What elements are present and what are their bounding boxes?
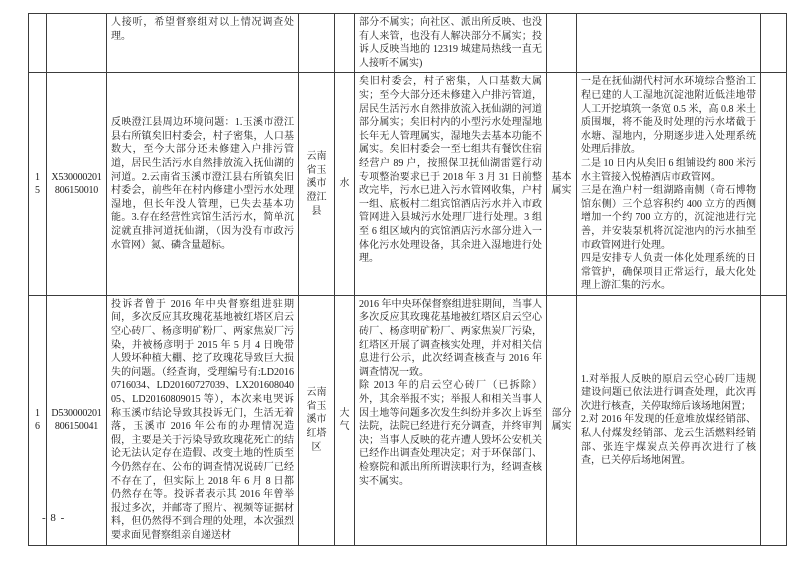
investigation-cell: 部分不属实；向社区、派出所反映、也没有人来管，也没有人解决部分不属实；投诉人反映… (355, 14, 547, 73)
blank-cell (761, 73, 787, 296)
row-number-cell (29, 14, 47, 73)
row-number-cell: 15 (29, 73, 47, 296)
blank-cell (761, 295, 787, 545)
region-cell: 云南省玉溪市红塔区 (299, 295, 335, 545)
pollution-type-cell: 大气 (335, 295, 355, 545)
region-cell (299, 14, 335, 73)
table-row-16: 16 D530000201806150041 投诉者曾于 2016 年中央督察组… (29, 295, 787, 545)
verdict-cell: 部分属实 (547, 295, 577, 545)
measures-cell: 1.对举报人反映的原启云空心砖厂违规建设问题已依法进行调查处理，此次再次进行核查… (577, 295, 761, 545)
table-row-15: 15 X530000201806150010 反映澄江县周边环境问题：1.玉溪市… (29, 73, 787, 296)
complaint-cell: 投诉者曾于 2016 年中央督察组进驻期间，多次反应其玫瑰花基地被红塔区启云空心… (107, 295, 299, 545)
pollution-type-cell (335, 14, 355, 73)
page-number: - 8 - (42, 512, 65, 524)
investigation-cell: 2016 年中央环保督察组进驻期间，当事人多次反应其玫瑰花基地被红塔区启云空心砖… (355, 295, 547, 545)
case-id-cell: D530000201806150041 (47, 295, 107, 545)
region-cell: 云南省玉溪市澄江县 (299, 73, 335, 296)
case-id-cell (47, 14, 107, 73)
measures-cell: 一是在抚仙湖代村河水环境综合整治工程已建的人工湿地沉淀池附近低洼地带人工开挖填筑… (577, 73, 761, 296)
case-id-cell: X530000201806150010 (47, 73, 107, 296)
petition-handling-table: 人接听，希望督察组对以上情况调查处理。 部分不属实；向社区、派出所反映、也没有人… (28, 13, 787, 546)
complaint-cell: 反映澄江县周边环境问题：1.玉溪市澄江县右所镇矣旧村委会，村子密集，人口基数大，… (107, 73, 299, 296)
investigation-cell: 矣旧村委会，村子密集，人口基数大属实；至今大部分还未修建入户排污管道，居民生活污… (355, 73, 547, 296)
pollution-type-cell: 水 (335, 73, 355, 296)
complaint-cell: 人接听，希望督察组对以上情况调查处理。 (107, 14, 299, 73)
verdict-cell: 基本属实 (547, 73, 577, 296)
verdict-cell (547, 14, 577, 73)
table-row-continuation: 人接听，希望督察组对以上情况调查处理。 部分不属实；向社区、派出所反映、也没有人… (29, 14, 787, 73)
measures-cell (577, 14, 761, 73)
blank-cell (761, 14, 787, 73)
row-number-cell: 16 (29, 295, 47, 545)
